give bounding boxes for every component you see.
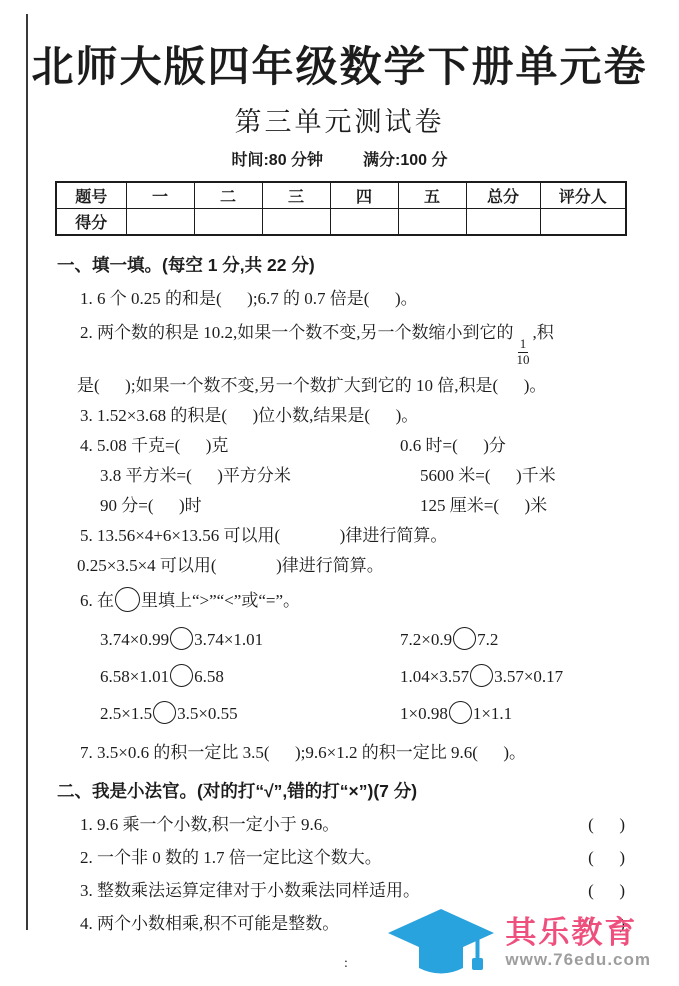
comparison-operand: 3.74×1.01 <box>194 630 263 649</box>
comparison-right: 1×0.981×1.1 <box>400 701 512 724</box>
comparison-operand: 1.04×3.57 <box>400 667 469 686</box>
fraction-denominator: 10 <box>517 353 530 368</box>
score-cell-empty <box>262 209 330 236</box>
score-col-3: 三 <box>262 182 330 209</box>
brand-watermark: 其乐教育 www.76edu.com <box>385 906 651 980</box>
question-6-suffix: 里填上“>”“<”或“=”。 <box>141 591 300 610</box>
comparison-operand: 1×1.1 <box>473 704 512 723</box>
score-row-label: 得分 <box>56 209 126 236</box>
comparison-left: 3.74×0.993.74×1.01 <box>100 627 400 650</box>
comparison-left: 2.5×1.53.5×0.55 <box>100 701 400 724</box>
page-mark: : <box>344 956 348 972</box>
comparison-circle <box>170 627 193 650</box>
score-table-header-row: 题号 一 二 三 四 五 总分 评分人 <box>56 182 626 209</box>
question-2-line-2-text: 是( );如果一个数不变,另一个数扩大到它的 10 倍,积是( )。 <box>77 376 546 395</box>
brand-text-block: 其乐教育 www.76edu.com <box>505 916 651 970</box>
answer-blank: ( ) <box>588 812 625 837</box>
true-false-item-2: 2. 一个非 0 数的 1.7 倍一定比这个数大。 ( ) <box>57 845 625 870</box>
unit-conversion-right: 5600 米=( )千米 <box>420 463 556 488</box>
score-col-2: 二 <box>194 182 262 209</box>
question-5-line-1: 5. 13.56×4+6×13.56 可以用( )律进行简算。 <box>57 523 625 548</box>
unit-conversion-left: 4. 5.08 千克=( )克 <box>80 433 400 458</box>
unit-conversion-right: 0.6 时=( )分 <box>400 433 506 458</box>
comparison-operand: 3.74×0.99 <box>100 630 169 649</box>
comparison-operand: 7.2 <box>477 630 498 649</box>
question-1-text: 1. 6 个 0.25 的和是( );6.7 的 0.7 倍是( )。 <box>80 289 418 308</box>
question-2-line-2: 是( );如果一个数不变,另一个数扩大到它的 10 倍,积是( )。 <box>57 373 625 398</box>
true-false-statement: 4. 两个小数相乘,积不可能是整数。 <box>80 911 339 936</box>
test-paper-page: 北师大版四年级数学下册单元卷 第三单元测试卷 时间:80 分钟 满分:100 分… <box>0 0 679 986</box>
comparison-circle <box>470 664 493 687</box>
comparison-operand: 2.5×1.5 <box>100 704 152 723</box>
page-subtitle: 第三单元测试卷 <box>0 100 679 139</box>
page-title: 北师大版四年级数学下册单元卷 <box>0 34 679 94</box>
brand-name: 其乐教育 <box>505 916 637 950</box>
answer-blank: ( ) <box>588 878 625 903</box>
fraction-one-tenth: 110 <box>517 337 530 368</box>
comparison-circle <box>449 701 472 724</box>
section-two-heading: 二、我是小法官。(对的打“√”,错的打“×”)(7 分) <box>57 779 625 804</box>
answer-blank: ( ) <box>588 845 625 870</box>
comparison-circle <box>170 664 193 687</box>
question-5-line-1-text: 5. 13.56×4+6×13.56 可以用( )律进行简算。 <box>80 526 447 545</box>
score-cell-empty <box>466 209 540 236</box>
score-col-label: 题号 <box>56 182 126 209</box>
comparison-circle <box>453 627 476 650</box>
question-5-line-2-text: 0.25×3.5×4 可以用( )律进行简算。 <box>77 556 384 575</box>
time-limit-label: 时间:80 分钟 <box>231 147 323 170</box>
comparison-circle <box>153 701 176 724</box>
true-false-item-1: 1. 9.6 乘一个小数,积一定小于 9.6。 ( ) <box>57 812 625 837</box>
comparison-operand: 6.58 <box>194 667 224 686</box>
score-cell-empty <box>126 209 194 236</box>
score-col-total: 总分 <box>466 182 540 209</box>
fraction-numerator: 1 <box>518 337 529 353</box>
question-7: 7. 3.5×0.6 的积一定比 3.5( );9.6×1.2 的积一定比 9.… <box>57 740 625 765</box>
comparison-operand: 7.2×0.9 <box>400 630 452 649</box>
question-3: 3. 1.52×3.68 的积是( )位小数,结果是( )。 <box>57 403 625 428</box>
comparison-operand: 6.58×1.01 <box>100 667 169 686</box>
comparison-row-3: 2.5×1.53.5×0.55 1×0.981×1.1 <box>57 701 625 724</box>
score-cell-empty <box>540 209 626 236</box>
unit-conversion-left: 3.8 平方米=( )平方分米 <box>80 463 420 488</box>
graduation-cap-icon <box>385 906 497 980</box>
question-6-prefix: 6. 在 <box>80 591 114 610</box>
question-4-row-2: 3.8 平方米=( )平方分米 5600 米=( )千米 <box>57 463 625 488</box>
true-false-statement: 2. 一个非 0 数的 1.7 倍一定比这个数大。 <box>80 845 382 870</box>
score-col-5: 五 <box>398 182 466 209</box>
score-cell-empty <box>330 209 398 236</box>
comparison-operand: 3.5×0.55 <box>177 704 238 723</box>
true-false-item-3: 3. 整数乘法运算定律对于小数乘法同样适用。 ( ) <box>57 878 625 903</box>
exam-meta: 时间:80 分钟 满分:100 分 <box>0 147 679 170</box>
score-col-grader: 评分人 <box>540 182 626 209</box>
paper-body: 一、填一填。(每空 1 分,共 22 分) 1. 6 个 0.25 的和是( )… <box>57 253 625 936</box>
score-table-score-row: 得分 <box>56 209 626 236</box>
question-7-text: 7. 3.5×0.6 的积一定比 3.5( );9.6×1.2 的积一定比 9.… <box>80 743 526 762</box>
score-col-1: 一 <box>126 182 194 209</box>
unit-conversion-left: 90 分=( )时 <box>80 493 420 518</box>
unit-conversion-right: 125 厘米=( )米 <box>420 493 547 518</box>
full-score-label: 满分:100 分 <box>363 147 447 170</box>
score-cell-empty <box>194 209 262 236</box>
comparison-circle <box>115 587 140 612</box>
comparison-row-1: 3.74×0.993.74×1.01 7.2×0.97.2 <box>57 627 625 650</box>
score-cell-empty <box>398 209 466 236</box>
comparison-right: 7.2×0.97.2 <box>400 627 498 650</box>
question-6-heading: 6. 在里填上“>”“<”或“=”。 <box>57 587 625 613</box>
question-2-prefix: 2. 两个数的积是 10.2,如果一个数不变,另一个数缩小到它的 <box>80 323 514 342</box>
question-4-row-1: 4. 5.08 千克=( )克 0.6 时=( )分 <box>57 433 625 458</box>
comparison-left: 6.58×1.016.58 <box>100 664 400 687</box>
section-one-heading: 一、填一填。(每空 1 分,共 22 分) <box>57 253 625 278</box>
question-2-line-1: 2. 两个数的积是 10.2,如果一个数不变,另一个数缩小到它的110,积 <box>57 320 625 368</box>
score-col-4: 四 <box>330 182 398 209</box>
true-false-statement: 1. 9.6 乘一个小数,积一定小于 9.6。 <box>80 812 339 837</box>
comparison-right: 1.04×3.573.57×0.17 <box>400 664 563 687</box>
question-4-row-3: 90 分=( )时 125 厘米=( )米 <box>57 493 625 518</box>
question-3-text: 3. 1.52×3.68 的积是( )位小数,结果是( )。 <box>80 406 418 425</box>
true-false-statement: 3. 整数乘法运算定律对于小数乘法同样适用。 <box>80 878 420 903</box>
question-2-suffix: ,积 <box>533 323 554 342</box>
comparison-operand: 3.57×0.17 <box>494 667 563 686</box>
comparison-operand: 1×0.98 <box>400 704 448 723</box>
brand-url: www.76edu.com <box>505 950 651 970</box>
comparison-row-2: 6.58×1.016.58 1.04×3.573.57×0.17 <box>57 664 625 687</box>
question-5-line-2: 0.25×3.5×4 可以用( )律进行简算。 <box>57 553 625 578</box>
score-table: 题号 一 二 三 四 五 总分 评分人 得分 <box>55 181 627 236</box>
question-1: 1. 6 个 0.25 的和是( );6.7 的 0.7 倍是( )。 <box>57 286 625 311</box>
